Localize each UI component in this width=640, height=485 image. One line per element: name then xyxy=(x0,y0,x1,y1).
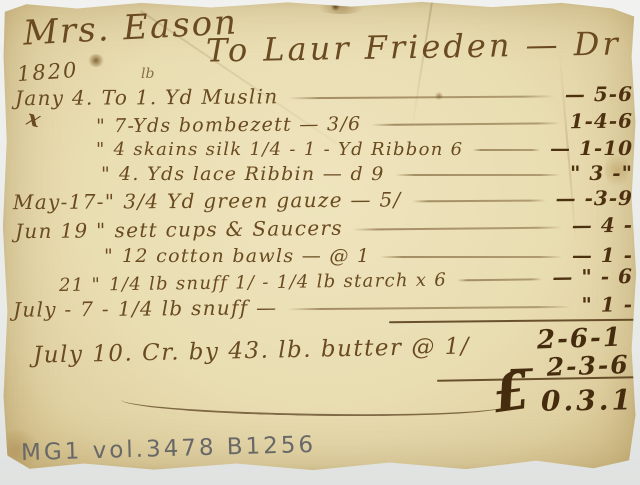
archive-reference: MG1 vol.3478 B1256 xyxy=(21,432,317,466)
credit-entry: July 10. Cr. by 43. lb. butter @ 1/ xyxy=(33,333,470,368)
row-date: 21 " xyxy=(59,274,101,296)
row-description: 4. Yds lace Ribbin — d 9 xyxy=(119,163,385,185)
row-amount: — " - 6 xyxy=(552,264,633,289)
ledger-row: " 4. Yds lace Ribbin — d 9 " 3 -" xyxy=(101,161,633,185)
row-description: 1/4 lb snuff 1/ - 1/4 lb starch x 6 xyxy=(109,270,447,296)
row-date: " xyxy=(101,163,111,185)
ledger-row: " 12 cotton bawls — @ 1 — 1 - xyxy=(104,243,633,267)
year-label: 1820 xyxy=(16,58,79,86)
row-date: " xyxy=(96,115,106,137)
dash-filler xyxy=(412,199,546,202)
dash-filler xyxy=(473,149,540,151)
row-amount: " 3 -" xyxy=(570,161,633,185)
ledger-row: Jun 19 " sett cups & Saucers — 4 - xyxy=(15,213,633,243)
row-amount: — 1-10 xyxy=(550,136,633,160)
row-description: 1/4 lb snuff — xyxy=(118,295,278,320)
ledger-row: July - 7 - 1/4 lb snuff — " 1 - xyxy=(13,292,633,321)
row-amount: " 1 - xyxy=(581,292,633,316)
row-amount: 1-4-6 xyxy=(570,109,634,134)
row-description: 3/4 Yd green gauze — 5/ xyxy=(123,187,401,213)
dash-filler xyxy=(380,256,561,258)
row-amount: — -3-9 xyxy=(556,186,634,211)
dash-filler xyxy=(287,306,571,310)
manuscript-paper: Mrs. Eason To Laur Frieden — Dr 1820 lb … xyxy=(1,0,638,472)
row-description: 12 cotton bawls — @ 1 xyxy=(122,245,370,267)
ledger-row: " 7-Yds bombezett — 3/6 1-4-6 xyxy=(96,109,633,138)
year-mark: lb xyxy=(141,66,154,82)
ink-stain xyxy=(87,54,105,67)
pound-flourish xyxy=(121,383,512,421)
row-description: To 1. Yd Muslin xyxy=(102,84,279,109)
account-header: To Laur Frieden — Dr xyxy=(206,24,621,69)
row-description: 4 skains silk 1/4 - 1 - Yd Ribbon 6 xyxy=(114,139,464,160)
row-date: Jun 19 " xyxy=(15,218,107,243)
row-description: 7-Yds bombezett — 3/6 xyxy=(114,113,362,137)
balance-amount: 0.3.1 xyxy=(541,383,635,418)
paper-stain xyxy=(311,0,371,14)
row-description: sett cups & Saucers xyxy=(114,216,343,242)
dash-filler xyxy=(395,174,560,176)
row-amount: — 5-6 xyxy=(565,82,633,106)
paper-stain xyxy=(331,2,340,11)
dash-filler xyxy=(371,122,559,126)
dash-filler xyxy=(353,227,562,231)
row-date: May-17-" xyxy=(13,189,115,214)
ledger-row: Jany 4. To 1. Yd Muslin — 5-6 xyxy=(15,82,633,110)
dash-filler xyxy=(457,278,542,281)
ledger-row: " 4 skains silk 1/4 - 1 - Yd Ribbon 6 — … xyxy=(96,136,633,160)
row-date: July - 7 - xyxy=(13,297,110,322)
row-date: Jany 4. xyxy=(15,86,94,111)
row-date: " xyxy=(104,245,114,267)
ledger-row: 21 " 1/4 lb snuff 1/ - 1/4 lb starch x 6… xyxy=(59,264,633,296)
dash-filler xyxy=(288,95,554,99)
row-amount: — 4 - xyxy=(572,213,633,238)
row-date: " xyxy=(96,139,106,160)
ledger-row: May-17-" 3/4 Yd green gauze — 5/ — -3-9 xyxy=(13,186,633,214)
